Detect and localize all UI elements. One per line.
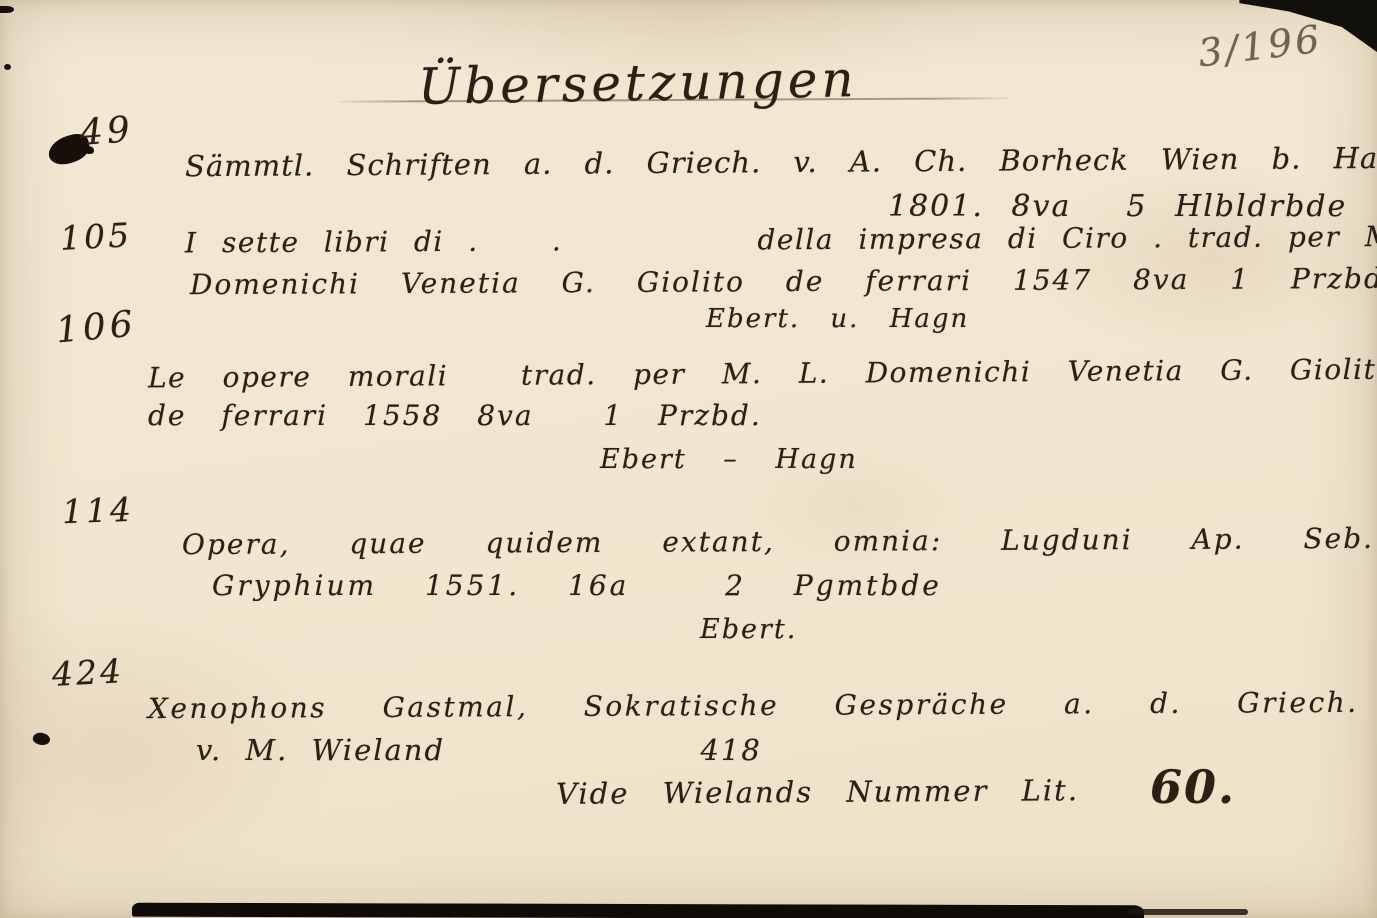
entry-reference-number: 60.: [1150, 764, 1236, 810]
entry-number: 114: [61, 493, 134, 528]
scan-background-bottom-edge-right: [1128, 909, 1248, 915]
ink-speck-left: [4, 64, 11, 70]
entry-line: Xenophons Gastmal, Sokratische Gespräche…: [148, 689, 1359, 723]
entry-reference-line: Ebert. u. Hagn: [706, 306, 969, 332]
ink-dot-margin: [32, 731, 52, 748]
entry-line: Opera, quae quidem extant, omnia: Lugdun…: [182, 525, 1374, 559]
entry-number: 424: [51, 654, 125, 691]
entry-line: Gryphium 1551. 16a 2 Pgmtbde: [212, 572, 942, 600]
scanned-manuscript-page: Übersetzungen 3/196 49 Sämmtl. Schriften…: [0, 0, 1377, 918]
entry-line: de ferrari 1558 8va 1 Przbd.: [148, 402, 762, 430]
entry-line: 1801. 8va 5 Hlbldrbde: [888, 192, 1347, 222]
entry-number: 49: [79, 112, 135, 152]
ink-speck-top-left: [0, 6, 14, 13]
entry-line: I sette libri di . . della impresa di Ci…: [185, 223, 1377, 258]
entry-number: 106: [55, 307, 139, 350]
entry-reference-line: Ebert – Hagn: [600, 446, 858, 473]
entry-reference-line: Ebert.: [700, 616, 797, 643]
entry-line: v. M. Wieland 418: [196, 736, 762, 765]
entry-line: Sämmtl. Schriften a. d. Griech. v. A. Ch…: [185, 144, 1377, 182]
entry-number: 105: [59, 218, 133, 255]
page-title: Übersetzungen: [418, 54, 858, 112]
page-number-pencil: 3/196: [1196, 17, 1325, 76]
entry-line: Domenichi Venetia G. Giolito de ferrari …: [190, 265, 1377, 299]
scan-background-bottom-edge: [132, 903, 1144, 918]
entry-line: Le opere morali trad. per M. L. Domenich…: [148, 356, 1377, 393]
entry-reference-line: Vide Wielands Nummer Lit.: [556, 776, 1079, 809]
